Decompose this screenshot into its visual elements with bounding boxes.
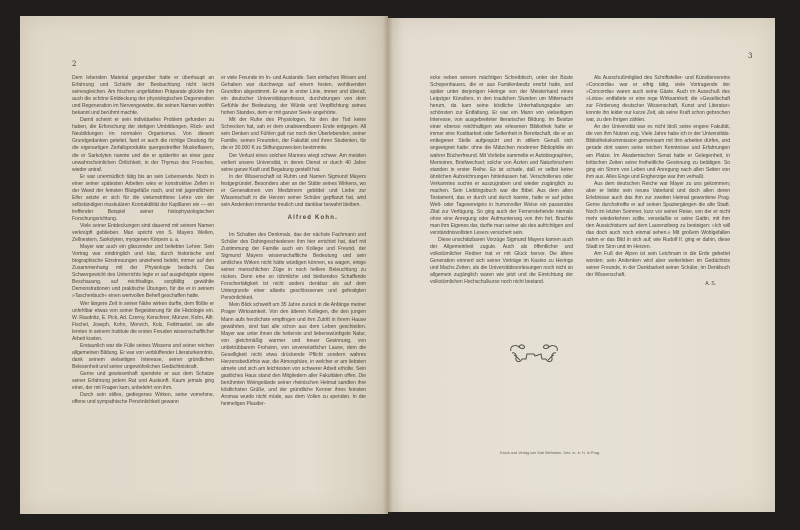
page-left: 2 Dem lebenden Material gegenüber hatte …: [20, 16, 388, 514]
paragraph: Diese unschätzbaren Vorzüge Sigmund Maye…: [430, 237, 573, 286]
book-spread: 2 Dem lebenden Material gegenüber hatte …: [20, 16, 775, 514]
paragraph: Gerne und gewissenhaft spendete er aus d…: [72, 371, 214, 392]
left-page-column-2: er viele Freunde im In- und Auslande. Se…: [221, 75, 366, 408]
paragraph: In der Wissenschaft ist Ruhm und Namen S…: [221, 174, 366, 209]
book-gutter: [383, 16, 393, 514]
signature-alfred-kohn: Alfred Kohn.: [221, 215, 338, 222]
paragraph: Der Verlust eines solchen Mannes wiegt s…: [221, 153, 366, 174]
page-number-right: 3: [748, 52, 752, 60]
paragraph: Viele seiner Entdeckungen sind dauernd m…: [72, 223, 214, 244]
paragraph: Damit scheint er sein individuelles Prob…: [72, 117, 214, 173]
scroll-ornament-icon: [508, 343, 560, 365]
paragraph: Aus dem deutschen Reiche war Mayer zu un…: [586, 181, 730, 251]
paragraph: Mit der Ruhe des Physiologen, für den de…: [221, 117, 366, 152]
paragraph: Wer längere Zeit in seiner Nähe wirken d…: [72, 301, 214, 343]
paragraph: Mein Blick schweift um 35 Jahre zurück i…: [221, 302, 366, 408]
signature-a-s: A. S.: [586, 281, 716, 288]
left-page-column-1: Dem lebenden Material gegenüber hatte er…: [72, 75, 214, 406]
paragraph: Erstaunlich war die Fülle seines Wissens…: [72, 343, 214, 371]
paragraph: Dem lebenden Material gegenüber hatte er…: [72, 75, 214, 117]
paragraph: Durch sein stilles, gediegenes Wirken, s…: [72, 392, 214, 406]
right-page-column-1: ecke neben seinem mächtigen Schreibtisch…: [430, 75, 573, 286]
right-page-column-2: Als Ausschußmitglied des Schriftsteller-…: [586, 75, 730, 288]
printer-imprint: Druck und Verlag von Karl Bellmann, Ges.…: [500, 451, 600, 455]
paragraph: er viele Freunde im In- und Auslande. Se…: [221, 75, 366, 117]
paragraph: Mayer war auch ein glänzender und belieb…: [72, 244, 214, 300]
paragraph: Im Schatten des Denkmals, das der nächst…: [221, 232, 366, 302]
paragraph: Er war unermüdlich tätig bis an sein Leb…: [72, 174, 214, 223]
paragraph: Als Ausschußmitglied des Schriftsteller-…: [586, 75, 730, 124]
paragraph: An der Universität war es nicht bloß sei…: [586, 124, 730, 180]
paragraph: Am Fuß der Alpen ist sein Leichnam in di…: [586, 251, 730, 279]
page-number-left: 2: [72, 60, 76, 68]
paragraph: ecke neben seinem mächtigen Schreibtisch…: [430, 75, 573, 237]
page-right: 3 ecke neben seinem mächtigen Schreibtis…: [388, 18, 775, 512]
